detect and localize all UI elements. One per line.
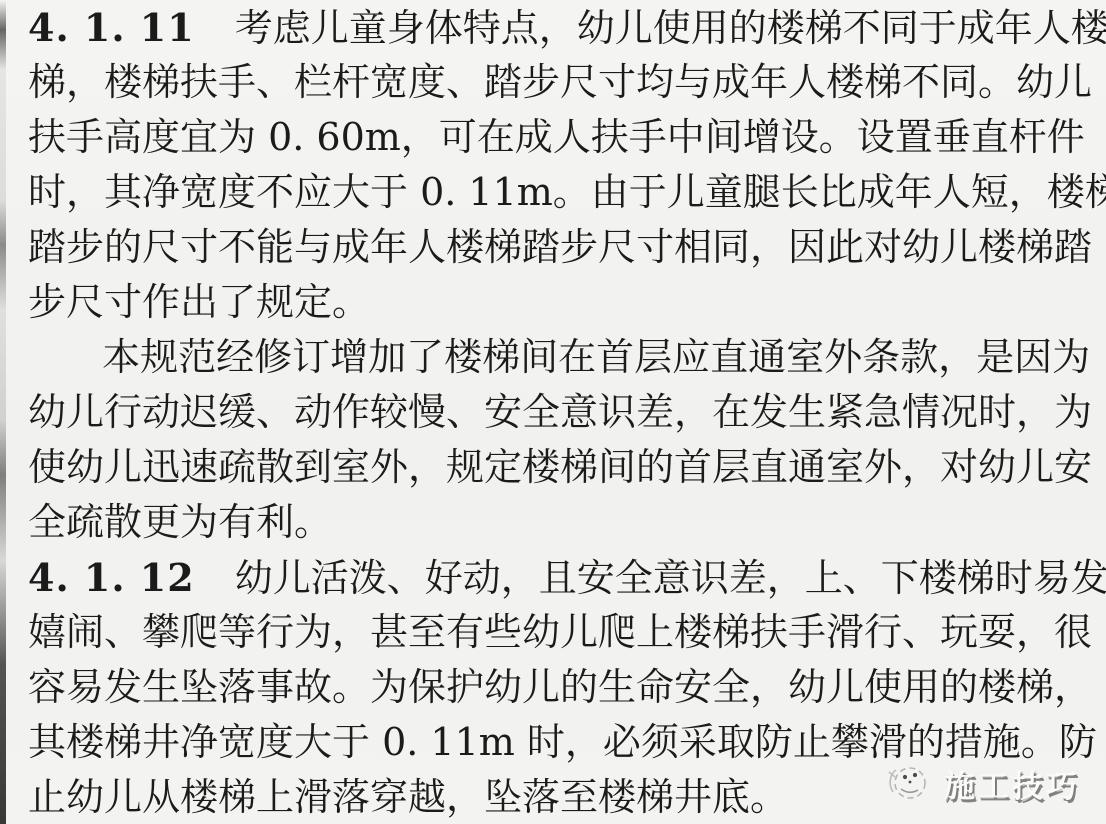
text-line: 扶手高度宜为 0. 60m，可在成人扶手中间增设。设置垂直杆件 [28, 110, 1078, 165]
text-line: 幼儿行动迟缓、动作较慢、安全意识差，在发生紧急情况时，为 [28, 385, 1078, 440]
text-line-paragraph-end: 步尺寸作出了规定。 [28, 275, 1078, 330]
line-text: 考虑儿童身体特点，幼儿使用的楼梯不同于成年人楼 [235, 6, 1106, 50]
text-line-clause-4-1-11: 4. 1. 11考虑儿童身体特点，幼儿使用的楼梯不同于成年人楼 [28, 0, 1078, 55]
text-line: 踏步的尺寸不能与成年人楼梯踏步尺寸相同，因此对幼儿楼梯踏 [28, 220, 1078, 275]
mascot-face-icon [886, 762, 932, 806]
text-line-paragraph-end: 全疏散更为有利。 [28, 495, 1078, 550]
scan-left-edge [0, 0, 6, 824]
text-line: 梯，楼梯扶手、栏杆宽度、踏步尺寸均与成年人楼梯不同。幼儿 [28, 55, 1078, 110]
text-block: 4. 1. 11考虑儿童身体特点，幼儿使用的楼梯不同于成年人楼 梯，楼梯扶手、栏… [28, 0, 1078, 824]
document-page: 4. 1. 11考虑儿童身体特点，幼儿使用的楼梯不同于成年人楼 梯，楼梯扶手、栏… [0, 0, 1106, 824]
line-text: 幼儿活泼、好动，且安全意识差，上、下楼梯时易发生 [235, 556, 1106, 600]
text-line-paragraph-start: 本规范经修订增加了楼梯间在首层应直通室外条款，是因为 [28, 330, 1078, 385]
section-number: 4. 1. 12 [28, 555, 195, 600]
watermark: 施工技巧 [886, 761, 1080, 806]
text-line: 容易发生坠落事故。为保护幼儿的生命安全，幼儿使用的楼梯， [28, 660, 1078, 715]
watermark-label: 施工技巧 [944, 761, 1080, 806]
text-line-clause-4-1-12: 4. 1. 12幼儿活泼、好动，且安全意识差，上、下楼梯时易发生 [28, 550, 1078, 605]
text-line: 使幼儿迅速疏散到室外，规定楼梯间的首层直通室外，对幼儿安 [28, 440, 1078, 495]
text-line: 嬉闹、攀爬等行为，甚至有些幼儿爬上楼梯扶手滑行、玩耍，很 [28, 605, 1078, 660]
text-line: 时，其净宽度不应大于 0. 11m。由于儿童腿长比成年人短，楼梯 [28, 165, 1078, 220]
section-number: 4. 1. 11 [28, 5, 195, 50]
